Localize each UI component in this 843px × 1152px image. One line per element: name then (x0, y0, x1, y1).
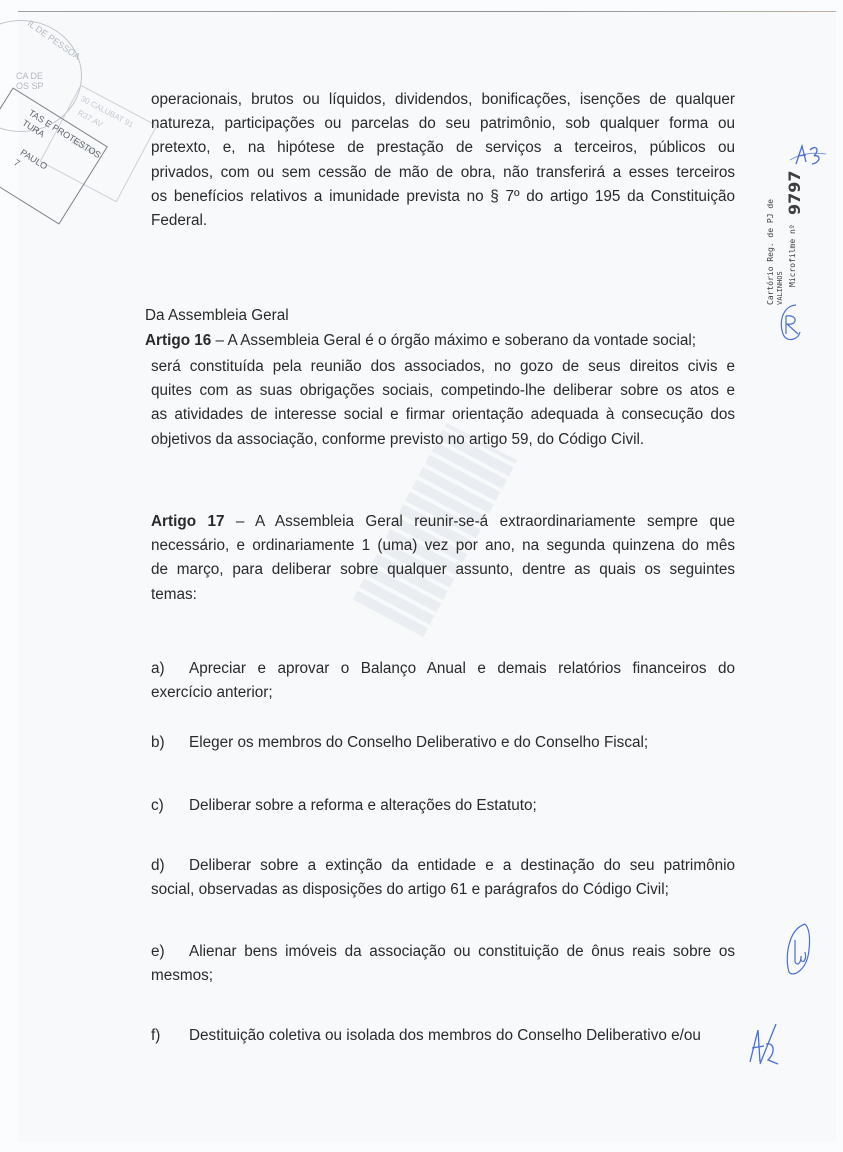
box-stamp-line-4: 7 (12, 157, 22, 168)
item-first-line: f)Destituição coletiva ou isolada dos me… (151, 1024, 735, 1048)
item-first-line: d)Deliberar sobre a extinção da entidade… (151, 854, 735, 878)
item-continuation: mesmos; (151, 964, 735, 988)
paragraph-line: será constituída pela reunião dos associ… (151, 355, 735, 379)
item-a: a)Apreciar e aprovar o Balanço Anual e d… (151, 657, 735, 705)
item-marker: d) (151, 854, 189, 878)
item-continuation: exercício anterior; (151, 681, 735, 705)
item-first-line: e)Alienar bens imóveis da associação ou … (151, 940, 735, 964)
paragraph-line: necessário, e ordinariamente 1 (uma) vez… (151, 534, 735, 558)
item-text: Apreciar e aprovar o Balanço Anual e dem… (189, 660, 735, 677)
item-b: b)Eleger os membros do Conselho Delibera… (151, 731, 735, 755)
item-first-line: b)Eleger os membros do Conselho Delibera… (151, 731, 735, 755)
artigo-16-text: A Assembleia Geral é o órgão máximo e so… (227, 332, 696, 349)
item-text: Destituição coletiva ou isolada dos memb… (189, 1027, 701, 1044)
box-stamp-line-3: PAULO (19, 147, 50, 171)
item-marker: e) (151, 940, 189, 964)
item-text: Deliberar sobre a extinção da entidade e… (189, 857, 735, 874)
paragraph-line: quites com as suas obrigações sociais, c… (151, 379, 735, 403)
artigo-16-label: Artigo 16 (145, 332, 211, 349)
paragraph-line: privados, com ou sem cessão de mão de ob… (151, 161, 735, 185)
item-first-line: a)Apreciar e aprovar o Balanço Anual e d… (151, 657, 735, 681)
registry-city-text: VALINHOS (776, 271, 784, 305)
top-initials-icon (786, 140, 830, 170)
page-top-edge (18, 11, 836, 12)
paragraph-line: de março, para deliberar sobre qualquer … (151, 558, 735, 582)
item-first-line: c)Deliberar sobre a reforma e alterações… (151, 794, 735, 818)
paragraph-line: os benefícios relativos a imunidade prev… (151, 185, 735, 209)
item-text: Eleger os membros do Conselho Deliberati… (189, 734, 648, 751)
artigo-17-dash: – (224, 513, 255, 530)
item-e: e)Alienar bens imóveis da associação ou … (151, 940, 735, 988)
microfilm-label: Microfilme nº (788, 224, 797, 287)
artigo-17-text: A Assembleia Geral reunir-se-á extraordi… (255, 513, 735, 530)
item-text: Alienar bens imóveis da associação ou co… (189, 943, 735, 960)
circled-initial-r-icon (776, 302, 806, 344)
registry-office-text: Cartório Reg. de PJ de (766, 199, 775, 305)
item-d: d)Deliberar sobre a extinção da entidade… (151, 854, 735, 902)
paragraph-line: operacionais, brutos ou líquidos, divide… (151, 88, 735, 112)
paragraph-line: pretexto, e, na hipótese de prestação de… (151, 136, 735, 160)
artigo-16-body: será constituída pela reunião dos associ… (151, 355, 735, 452)
continuation-paragraph: operacionais, brutos ou líquidos, divide… (151, 88, 735, 233)
paragraph-line: objetivos da associação, conforme previs… (151, 428, 735, 452)
paragraph-line: temas: (151, 583, 735, 607)
seal-inner-text-1: CA DE (16, 71, 44, 81)
item-continuation: social, observadas as disposições do art… (151, 878, 735, 902)
bottom-initials-icon (746, 1022, 782, 1068)
item-marker: a) (151, 657, 189, 681)
item-marker: f) (151, 1024, 189, 1048)
paragraph-line: as atividades de interesse social e firm… (151, 403, 735, 427)
item-marker: c) (151, 794, 189, 818)
microfilm-number: 9797 (785, 170, 804, 215)
item-f: f)Destituição coletiva ou isolada dos me… (151, 1024, 735, 1048)
seal-inner-text-2: OS SP (16, 81, 44, 91)
artigo-16-dash: – (211, 332, 227, 349)
section-heading-text: Da Assembleia Geral (145, 304, 545, 328)
artigo-16: Artigo 16 – A Assembleia Geral é o órgão… (145, 329, 745, 353)
artigo-16-first-line: Artigo 16 – A Assembleia Geral é o órgão… (145, 329, 745, 353)
artigo-17-first-line: Artigo 17 – A Assembleia Geral reunir-se… (151, 510, 735, 534)
artigo-17: Artigo 17 – A Assembleia Geral reunir-se… (151, 510, 735, 607)
paragraph-line: natureza, participações ou parcelas do s… (151, 112, 735, 136)
circled-initial-w-icon (783, 920, 813, 980)
item-c: c)Deliberar sobre a reforma e alterações… (151, 794, 735, 818)
item-marker: b) (151, 731, 189, 755)
section-heading: Da Assembleia Geral (145, 304, 545, 328)
item-text: Deliberar sobre a reforma e alterações d… (189, 797, 537, 814)
paragraph-line: Federal. (151, 209, 735, 233)
artigo-17-label: Artigo 17 (151, 513, 224, 530)
